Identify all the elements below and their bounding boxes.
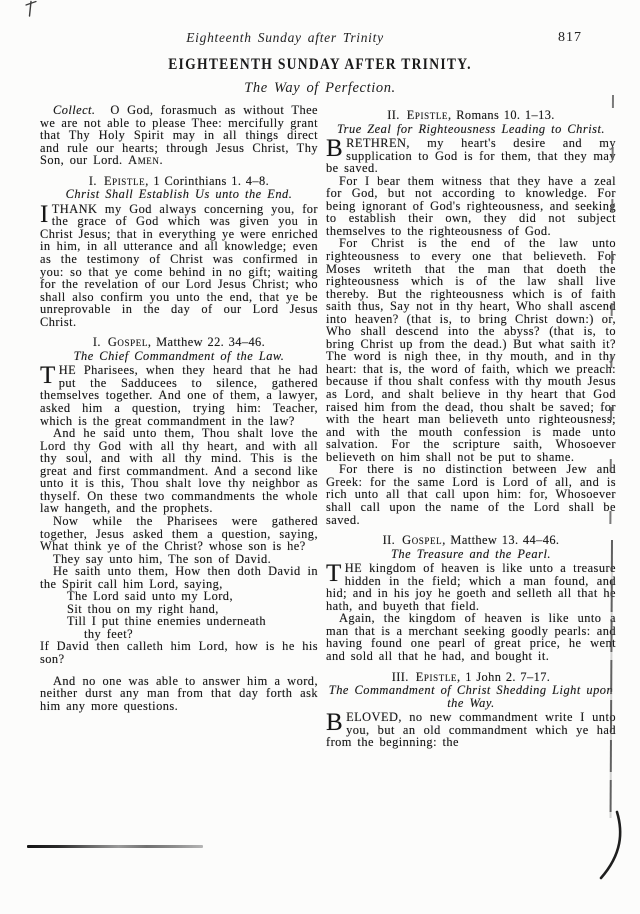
page-title: EIGHTEENTH SUNDAY AFTER TRINITY.	[48, 56, 592, 74]
right-column: II.Epistle, Romans 10. 1–13. True Zeal f…	[326, 104, 616, 749]
section-subtitle-epistle-1: Christ Shall Establish Us unto the End.	[40, 188, 318, 201]
section-numeral: I.	[89, 174, 97, 188]
verse-line: The Lord said unto my Lord,	[40, 590, 318, 603]
gospel-1-paragraph-5: He saith unto them, How then doth David …	[40, 565, 318, 590]
section-reference: Matthew 22. 34–46.	[156, 335, 265, 349]
gospel-1-paragraph-7: And no one was able to answer him a word…	[40, 675, 318, 713]
paragraph-text: HE kingdom of heaven is like unto a trea…	[326, 561, 616, 613]
drop-cap: I	[40, 203, 52, 225]
running-header-title: Eighteenth Sunday after Trinity	[0, 30, 570, 46]
section-numeral: II.	[387, 108, 400, 122]
section-label: Epistle,	[407, 108, 452, 122]
gospel-1-paragraph-1: THE Pharisees, when they heard that he h…	[40, 364, 318, 427]
section-reference: Romans 10. 1–13.	[456, 108, 555, 122]
collect-amen: Amen.	[128, 153, 163, 167]
left-column: Collect. O God, forasmuch as without The…	[40, 104, 318, 749]
epistle-2-paragraph-3: For Christ is the end of the law unto ri…	[326, 237, 616, 463]
section-heading-gospel-2: II.Gospel, Matthew 13. 44–46.	[326, 534, 616, 547]
section-heading-gospel-1: I.Gospel, Matthew 22. 34–46.	[40, 336, 318, 349]
section-subtitle-epistle-3: The Commandment of Christ Shedding Light…	[326, 684, 616, 709]
section-numeral: II.	[383, 533, 396, 547]
section-numeral: III.	[392, 670, 409, 684]
section-subtitle-gospel-1: The Chief Commandment of the Law.	[40, 350, 318, 363]
section-subtitle-gospel-2: The Treasure and the Pearl.	[326, 548, 616, 561]
page-curl-artifact	[596, 810, 626, 887]
book-page-scan: Eighteenth Sunday after Trinity 817 EIGH…	[0, 0, 640, 914]
section-subtitle-epistle-2: True Zeal for Righteousness Leading to C…	[326, 123, 616, 136]
drop-cap: T	[326, 562, 345, 584]
page-number: 817	[558, 30, 582, 46]
paragraph-text: ELOVED, no new commandment write I unto …	[326, 710, 616, 749]
section-label: Gospel,	[402, 533, 446, 547]
section-heading-epistle-2: II.Epistle, Romans 10. 1–13.	[326, 109, 616, 122]
gospel-2-paragraph-1: THE kingdom of heaven is like unto a tre…	[326, 562, 616, 612]
epistle-3-paragraph-1: BELOVED, no new commandment write I unto…	[326, 711, 616, 749]
section-heading-epistle-1: I.Epistle, 1 Corinthians 1. 4–8.	[40, 175, 318, 188]
drop-cap: B	[326, 137, 346, 159]
drop-cap: B	[326, 711, 346, 733]
gospel-2-paragraph-2: Again, the kingdom of heaven is like unt…	[326, 612, 616, 662]
two-column-text: Collect. O God, forasmuch as without The…	[40, 104, 616, 749]
scan-bar-artifact	[27, 845, 203, 848]
running-header: Eighteenth Sunday after Trinity 817	[0, 30, 640, 50]
paragraph-text: THANK my God always concerning you, for …	[40, 202, 318, 329]
collect-paragraph: Collect. O God, forasmuch as without The…	[40, 104, 318, 167]
gospel-1-paragraph-2: And he said unto them, Thou shalt love t…	[40, 427, 318, 515]
epistle-2-paragraph-1: BRETHREN, my heart's desire and my suppl…	[326, 137, 616, 175]
section-label: Epistle,	[416, 670, 461, 684]
pen-mark-artifact	[24, 0, 40, 25]
epistle-2-paragraph-4: For there is no distinction between Jew …	[326, 463, 616, 526]
paragraph-text: RETHREN, my heart's desire and my suppli…	[326, 136, 616, 175]
section-reference: Matthew 13. 44–46.	[450, 533, 559, 547]
section-heading-epistle-3: III.Epistle, 1 John 2. 7–17.	[326, 671, 616, 684]
gospel-1-paragraph-3: Now while the Pharisees were gathered to…	[40, 515, 318, 553]
epistle-1-paragraph: ITHANK my God always concerning you, for…	[40, 203, 318, 328]
page-subtitle: The Way of Perfection.	[0, 80, 640, 97]
verse-line: Till I put thine enemies underneath	[40, 615, 318, 628]
section-label: Gospel,	[108, 335, 152, 349]
gospel-1-paragraph-6: If David then calleth him Lord, how is h…	[40, 640, 318, 665]
section-label: Epistle,	[104, 174, 149, 188]
drop-cap: T	[40, 364, 59, 386]
paragraph-text: HE Pharisees, when they heard that he ha…	[40, 363, 318, 427]
section-numeral: I.	[93, 335, 101, 349]
section-reference: 1 Corinthians 1. 4–8.	[153, 174, 269, 188]
epistle-2-paragraph-2: For I bear them witness that they have a…	[326, 175, 616, 238]
section-reference: 1 John 2. 7–17.	[465, 670, 550, 684]
